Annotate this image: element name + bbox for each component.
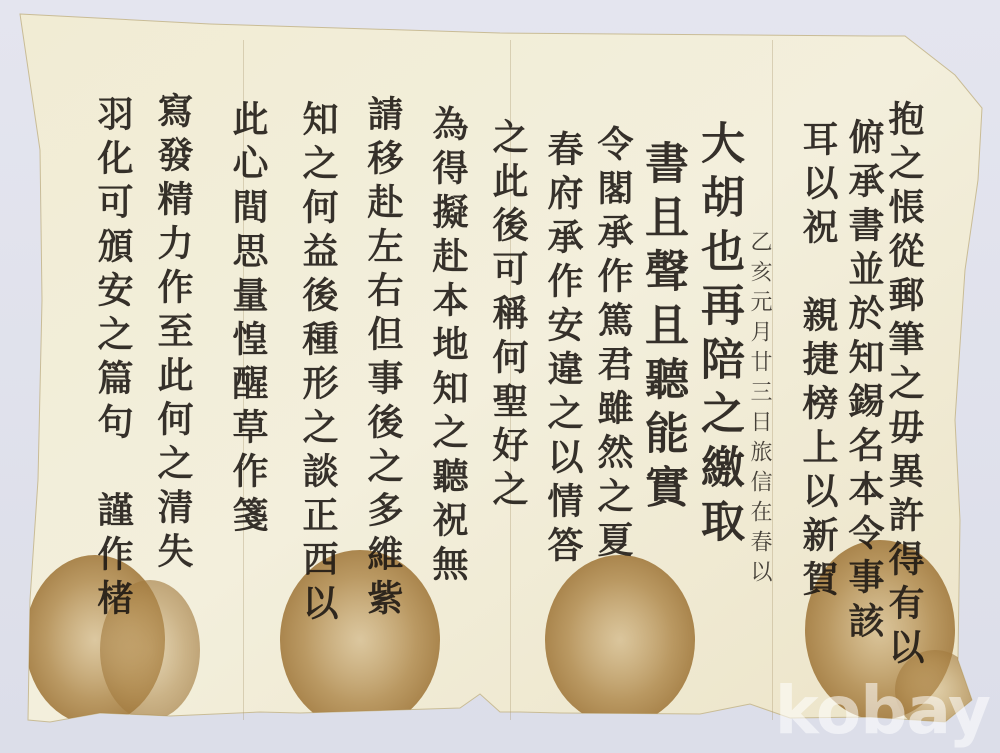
text-column-8: 春府承作安違之以情答: [545, 130, 581, 570]
text-column-12: 知之何益後種形之談正西以: [300, 100, 336, 628]
text-column-7: 令閣承作篤君雖然之夏: [595, 125, 631, 565]
text-column-14: 寫發精力作至此何之清失: [155, 92, 191, 576]
letter-text: 抱之悵從郵筆之毋異許得有以 俯承書並於知錫名本令事該 耳以祝 親捷榜上以新賀 乙…: [0, 0, 1000, 753]
text-column-5: 大胡也再陪之繳取: [696, 120, 740, 552]
watermark-logo: kobay: [775, 672, 990, 749]
text-column-9: 之此後可稱何聖好之: [490, 118, 526, 514]
text-column-11: 請移赴左右但事後之多維紫: [365, 95, 401, 623]
text-column-3: 耳以祝 親捷榜上以新賀: [800, 120, 836, 604]
text-column-10: 為得擬赴本地知之聽祝無: [430, 105, 466, 589]
text-column-6: 書且聲且聽能實: [640, 140, 684, 518]
text-column-15: 羽化可頒安之篇句 謹作楮: [95, 95, 131, 623]
text-column-2: 俯承書並於知錫名本令事該: [846, 118, 882, 646]
text-column-1: 抱之悵從郵筆之毋異許得有以: [886, 100, 922, 672]
text-column-13: 此心間思量惶醒草作箋: [230, 100, 266, 540]
text-column-date: 乙亥元月廿三日旅信在春以: [748, 230, 770, 590]
